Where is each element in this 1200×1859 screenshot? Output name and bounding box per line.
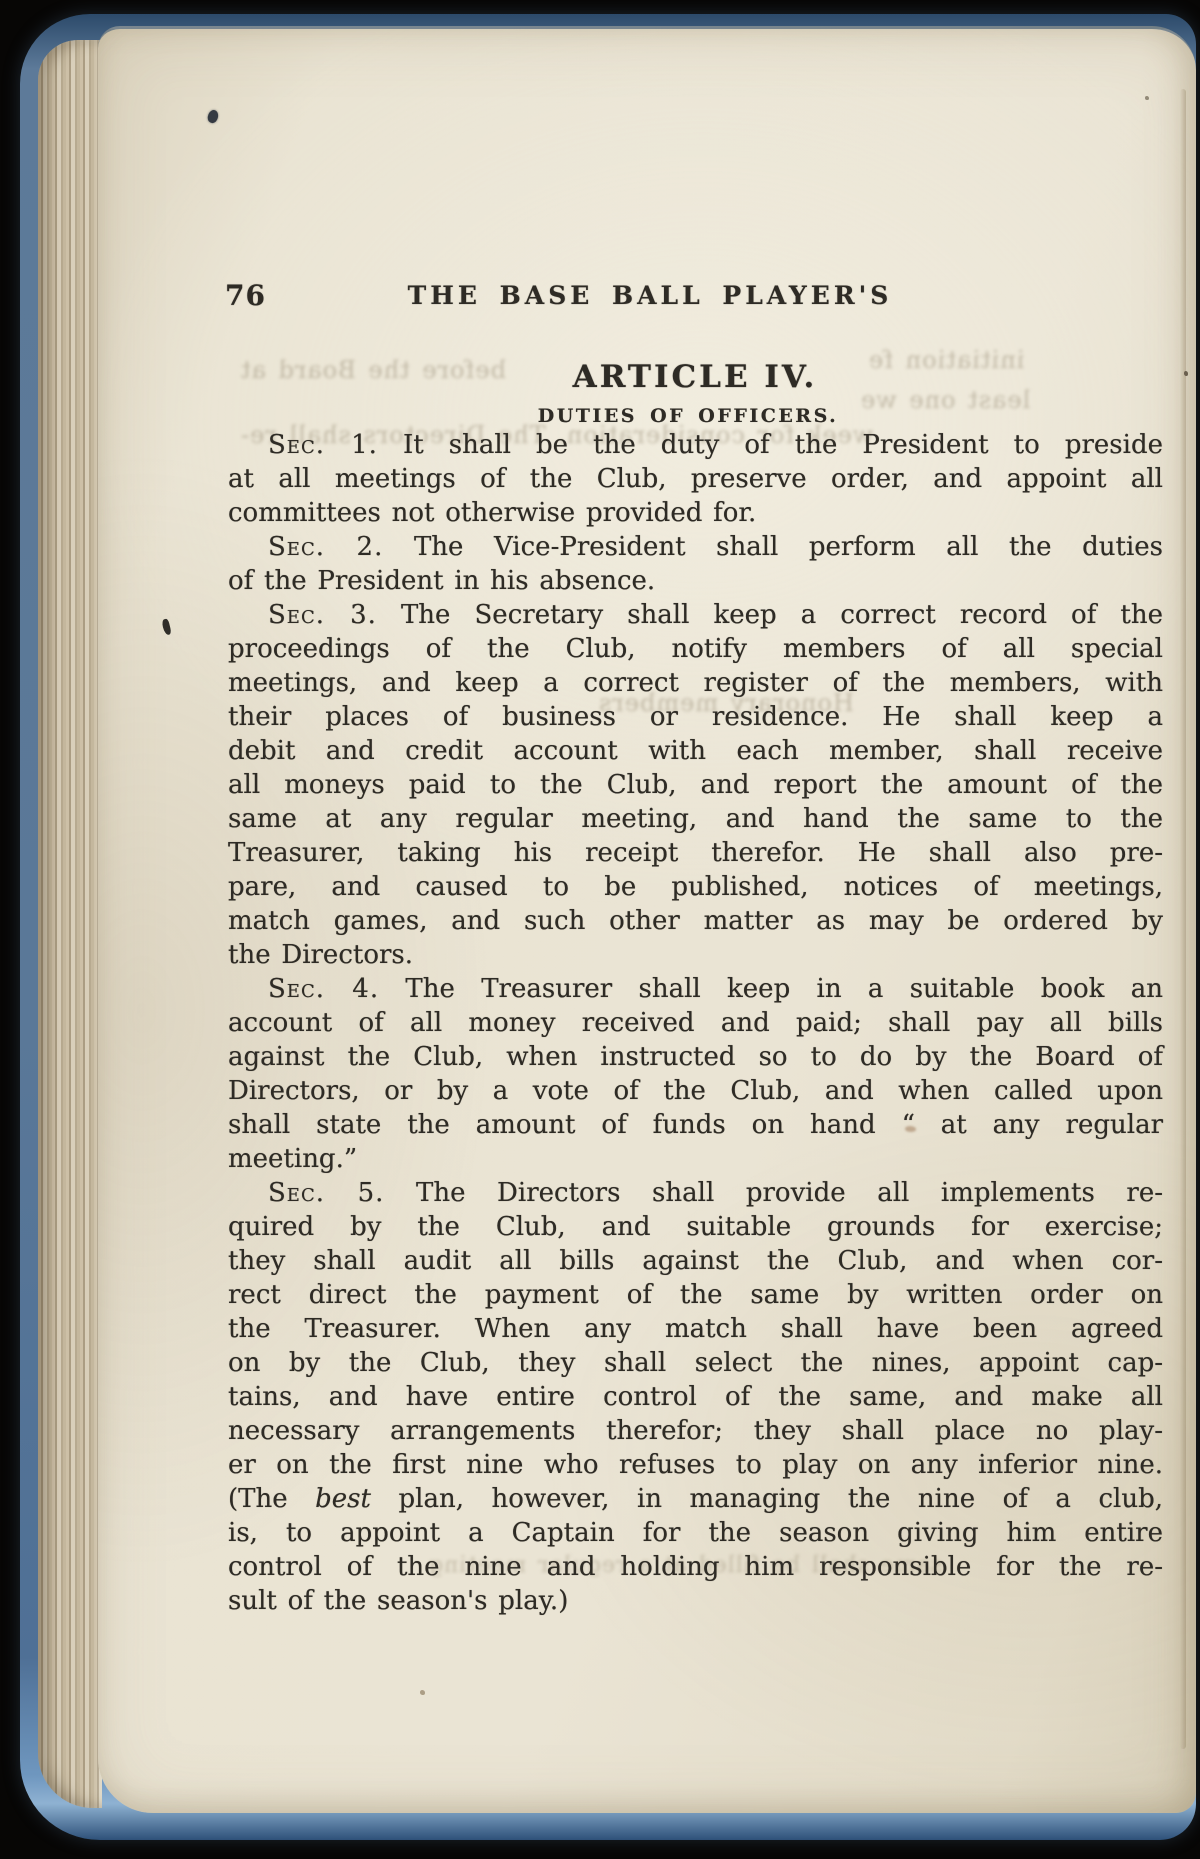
section-label: Sec. 5.: [268, 1178, 384, 1208]
text-line: pare, and caused to be published, notice…: [228, 870, 1163, 904]
section-label: Sec. 1.: [268, 430, 378, 460]
text-line: tains, and have entire control of the sa…: [228, 1380, 1163, 1414]
text-line: is, to appoint a Captain for the season …: [228, 1516, 1163, 1550]
text-line: Sec. 1. It shall be the duty of the Pres…: [228, 428, 1163, 462]
text-line: meetings, and keep a correct register of…: [228, 666, 1163, 700]
book-page: initiation feleast one webefore the Boar…: [98, 26, 1196, 1813]
text-line: against the Club, when instructed so to …: [228, 1040, 1163, 1074]
stacked-page-edges: [38, 40, 102, 1808]
text-line: match games, and such other matter as ma…: [228, 904, 1163, 938]
article-title: ARTICLE IV.: [573, 359, 818, 395]
ink-speck: [1184, 371, 1188, 376]
section-paragraph: Sec. 4. The Treasurer shall keep in a su…: [228, 972, 1163, 1176]
running-head: THE BASE BALL PLAYER'S: [408, 281, 893, 310]
text-line: same at any regular meeting, and hand th…: [228, 802, 1163, 836]
text-line: account of all money received and paid; …: [228, 1006, 1163, 1040]
article-subtitle: DUTIES OF OFFICERS.: [538, 405, 839, 427]
text-line: shall state the amount of funds on hand …: [228, 1108, 1163, 1142]
text-line: at all meetings of the Club, preserve or…: [228, 462, 1163, 496]
text-line: they shall audit all bills against the C…: [228, 1244, 1163, 1278]
text-line: all moneys paid to the Club, and report …: [228, 768, 1163, 802]
text-line: Sec. 3. The Secretary shall keep a corre…: [228, 598, 1163, 632]
text-line: committees not otherwise provided for.: [228, 496, 1163, 530]
text-line: control of the nine and holding him resp…: [228, 1550, 1163, 1584]
section-paragraph: Sec. 3. The Secretary shall keep a corre…: [228, 598, 1163, 972]
ink-speck: [420, 1690, 425, 1695]
text-line: the Directors.: [228, 938, 1163, 972]
stain-smudge: [905, 1126, 916, 1132]
text-line: sult of the season's play.): [228, 1584, 1163, 1618]
text-line: er on the first nine who refuses to play…: [228, 1448, 1163, 1482]
section-paragraph: Sec. 1. It shall be the duty of the Pres…: [228, 428, 1163, 530]
text-line: Sec. 4. The Treasurer shall keep in a su…: [228, 972, 1163, 1006]
text-line: Sec. 2. The Vice-President shall perform…: [228, 530, 1163, 564]
printed-text-layer: 76 THE BASE BALL PLAYER'S ARTICLE IV. DU…: [98, 29, 1196, 1813]
page-number: 76: [225, 279, 266, 312]
section-paragraph: Sec. 2. The Vice-President shall perform…: [228, 530, 1163, 598]
section-label: Sec. 2.: [268, 532, 383, 562]
text-line: Directors, or by a vote of the Club, and…: [228, 1074, 1163, 1108]
text-line: proceedings of the Club, notify members …: [228, 632, 1163, 666]
text-line: necessary arrangements therefor; they sh…: [228, 1414, 1163, 1448]
text-line: rect direct the payment of the same by w…: [228, 1278, 1163, 1312]
text-line: meeting.”: [228, 1142, 1163, 1176]
ink-speck: [1145, 96, 1149, 100]
section-paragraph: Sec. 5. The Directors shall provide all …: [228, 1176, 1163, 1618]
text-line: the Treasurer. When any match shall have…: [228, 1312, 1163, 1346]
text-line: Treasurer, taking his receipt therefor. …: [228, 836, 1163, 870]
section-label: Sec. 3.: [268, 600, 377, 630]
text-line: Sec. 5. The Directors shall provide all …: [228, 1176, 1163, 1210]
section-label: Sec. 4.: [268, 974, 379, 1004]
text-line: (The best plan, however, in managing the…: [228, 1482, 1163, 1516]
text-line: quired by the Club, and suitable grounds…: [228, 1210, 1163, 1244]
article-body: Sec. 1. It shall be the duty of the Pres…: [228, 428, 1163, 1618]
text-line: of the President in his absence.: [228, 564, 1163, 598]
scanned-book-photo: { "page": { "number": "76", "running_hea…: [0, 0, 1200, 1859]
text-line: their places of business or residence. H…: [228, 700, 1163, 734]
text-line: debit and credit account with each membe…: [228, 734, 1163, 768]
text-line: on by the Club, they shall select the ni…: [228, 1346, 1163, 1380]
